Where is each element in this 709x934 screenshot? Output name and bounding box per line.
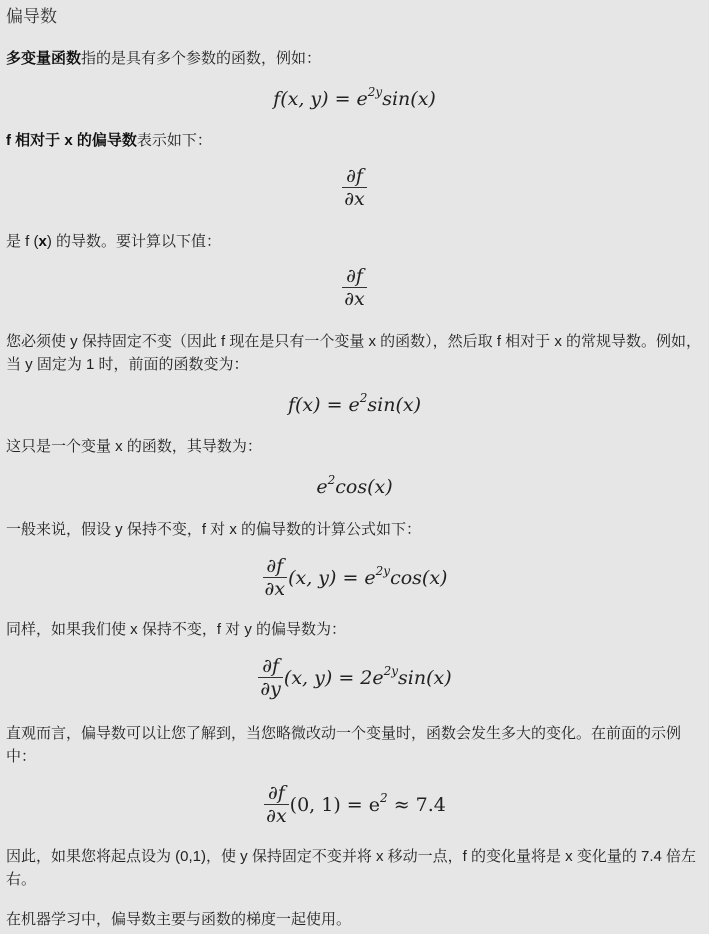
page-title: 偏导数 <box>6 5 701 28</box>
eq-exponent: 2y <box>368 85 382 99</box>
paragraph-general: 一般来说，假设 y 保持不变，f 对 x 的偏导数的计算公式如下： <box>6 518 701 541</box>
term-partial-derivative: f 相对于 x 的偏导数 <box>6 132 137 149</box>
fraction: ∂f ∂x <box>263 555 288 600</box>
numerator: ∂f <box>266 782 287 804</box>
eq-args: (x, y) = e <box>288 567 376 589</box>
equation-f-x: f(x) = e2sin(x) <box>0 394 709 416</box>
paragraph-partial-def: f 相对于 x 的偏导数表示如下： <box>6 129 701 152</box>
paragraph-single-var: 这只是一个变量 x 的函数，其导数为： <box>6 435 701 458</box>
denominator: ∂y <box>258 677 283 700</box>
eq-rhs: sin(x) <box>398 667 452 689</box>
denominator: ∂x <box>342 187 367 210</box>
denominator: ∂x <box>263 577 288 600</box>
paragraph-therefore: 因此，如果您将起点设为 (0,1)，使 y 保持固定不变并将 x 移动一点，f … <box>6 845 701 891</box>
paragraph-text: 表示如下： <box>137 132 212 149</box>
fraction: ∂f ∂x <box>264 782 289 827</box>
equation-partial-y: ∂f ∂y (x, y) = 2e2ysin(x) <box>0 655 709 700</box>
paragraph-similarly: 同样，如果我们使 x 保持不变，f 对 y 的偏导数为： <box>6 618 701 641</box>
eq-lhs: f(x, y) = e <box>273 88 368 110</box>
numerator: ∂f <box>264 555 285 577</box>
eq-rhs: cos(x) <box>335 476 392 498</box>
eq-rhs: cos(x) <box>390 567 447 589</box>
eq-exponent: 2y <box>376 564 390 578</box>
term-multivariable-function: 多变量函数 <box>6 50 81 67</box>
eq-args: (0, 1) = e <box>290 794 380 816</box>
eq-rhs: sin(x) <box>382 88 436 110</box>
equation-df-dx-2: ∂f ∂x <box>0 265 709 310</box>
paragraph-intuition: 直观而言，偏导数可以让您了解到，当您略微改动一个变量时，函数会发生多大的变化。在… <box>6 722 701 768</box>
eq-rhs: ≈ 7.4 <box>394 794 446 816</box>
fraction: ∂f ∂y <box>258 655 283 700</box>
equation-df-dx-1: ∂f ∂x <box>0 165 709 210</box>
fraction: ∂f ∂x <box>342 165 367 210</box>
paragraph-text: 是 f ( <box>6 233 39 250</box>
numerator: ∂f <box>260 655 281 677</box>
denominator: ∂x <box>342 287 367 310</box>
eq-exponent: 2y <box>384 664 398 678</box>
eq-lhs: e <box>316 476 327 498</box>
paragraph-text: ) 的导数。要计算以下值： <box>47 233 221 250</box>
equation-e2-cos: e2cos(x) <box>0 476 709 498</box>
paragraph-multivariable: 多变量函数指的是具有多个参数的函数，例如： <box>6 47 701 70</box>
equation-f-xy: f(x, y) = e2ysin(x) <box>0 88 709 110</box>
eq-lhs: f(x) = e <box>288 394 360 416</box>
fraction: ∂f ∂x <box>342 265 367 310</box>
bold-x: x <box>39 233 47 250</box>
equation-example-value: ∂f ∂x (0, 1) = e2 ≈ 7.4 <box>0 782 709 827</box>
equation-partial-x: ∂f ∂x (x, y) = e2ycos(x) <box>0 555 709 600</box>
numerator: ∂f <box>344 265 365 287</box>
paragraph-fix-y: 您必须使 y 保持固定不变（因此 f 现在是只有一个变量 x 的函数），然后取 … <box>6 330 701 376</box>
paragraph-derivative-of: 是 f (x) 的导数。要计算以下值： <box>6 230 701 253</box>
eq-exponent: 2 <box>380 791 388 805</box>
denominator: ∂x <box>264 804 289 827</box>
paragraph-text: 指的是具有多个参数的函数，例如： <box>81 50 321 67</box>
paragraph-ml: 在机器学习中，偏导数主要与函数的梯度一起使用。 <box>6 908 701 931</box>
numerator: ∂f <box>344 165 365 187</box>
eq-rhs: sin(x) <box>367 394 421 416</box>
eq-args: (x, y) = 2e <box>284 667 384 689</box>
